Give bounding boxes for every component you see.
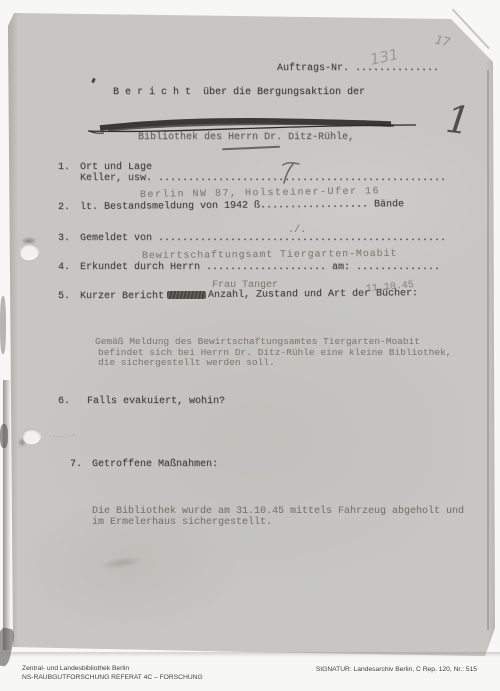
scanned-document-page: 17 131 1 ..... .- Auftrags-Nr. .........… — [0, 0, 500, 691]
note-item5-line: Gemäß Meldung des Bewirtschaftungsamtes … — [95, 337, 420, 347]
paper-sheet — [8, 10, 495, 660]
item3-label: Gemeldet von ...........................… — [80, 234, 446, 244]
item6-label: Falls evakuiert, wohin? — [87, 397, 225, 407]
item-number: 2. — [58, 203, 70, 213]
paper-bottom-edge-shadow — [0, 652, 500, 657]
paper-left-edge-shadow — [3, 380, 11, 650]
item-number: 6. — [58, 397, 70, 407]
paper-right-edge-shadow — [487, 70, 489, 630]
footer-department: NS-RAUBGUTFORSCHUNG REFERAT 4C – FORSCHU… — [22, 674, 203, 683]
note-item5-line: die sichergestellt werden soll. — [98, 358, 275, 368]
item-number: 7. — [70, 460, 82, 470]
scan-artifact — [0, 296, 6, 354]
footer-signature: SIGNATUR: Landesarchiv Berlin, C Rep. 12… — [316, 666, 477, 673]
report-title: B e r i c h t über die Bergungsaktion de… — [113, 88, 365, 98]
item-number: 5. — [58, 292, 70, 302]
note-item7-line: Die Bibliothek wurde am 31.10.45 mittels… — [92, 507, 464, 517]
pencil-dots-mark: ..... .- — [50, 431, 76, 439]
insertion-caret-mark — [276, 159, 302, 185]
owner-line: Bibliothek des Herrn Dr. Ditz-Rühle, — [138, 133, 354, 143]
footer-institution: Zentral- und Landesbibliothek Berlin — [22, 665, 203, 674]
note-item7-line: im Ermelerhaus sichergestellt. — [92, 518, 272, 528]
item5-label-after: Anzahl, Zustand und Art der Bücher: — [208, 289, 418, 301]
item1-label-line1: Ort und Lage — [80, 163, 152, 173]
struck-word-mark — [167, 291, 206, 299]
item7-label: Getroffene Maßnahmen: — [92, 460, 218, 470]
footer-left-block: Zentral- und Landesbibliothek Berlin NS-… — [22, 665, 203, 683]
item-number: 4. — [58, 263, 70, 273]
item5-label-before: Kurzer Bericht — [80, 292, 164, 302]
item-number: 3. — [58, 234, 70, 244]
order-number-label: Auftrags-Nr. .............. — [277, 64, 439, 74]
item-number: 1. — [58, 163, 70, 173]
item1-label-line2: Keller, usw. ...........................… — [80, 174, 446, 184]
punch-hole — [20, 243, 39, 260]
item4-label: Erkundet durch Herrn ...................… — [80, 263, 440, 273]
pencil-page-number: 17 — [434, 33, 452, 50]
scan-artifact — [0, 424, 8, 448]
